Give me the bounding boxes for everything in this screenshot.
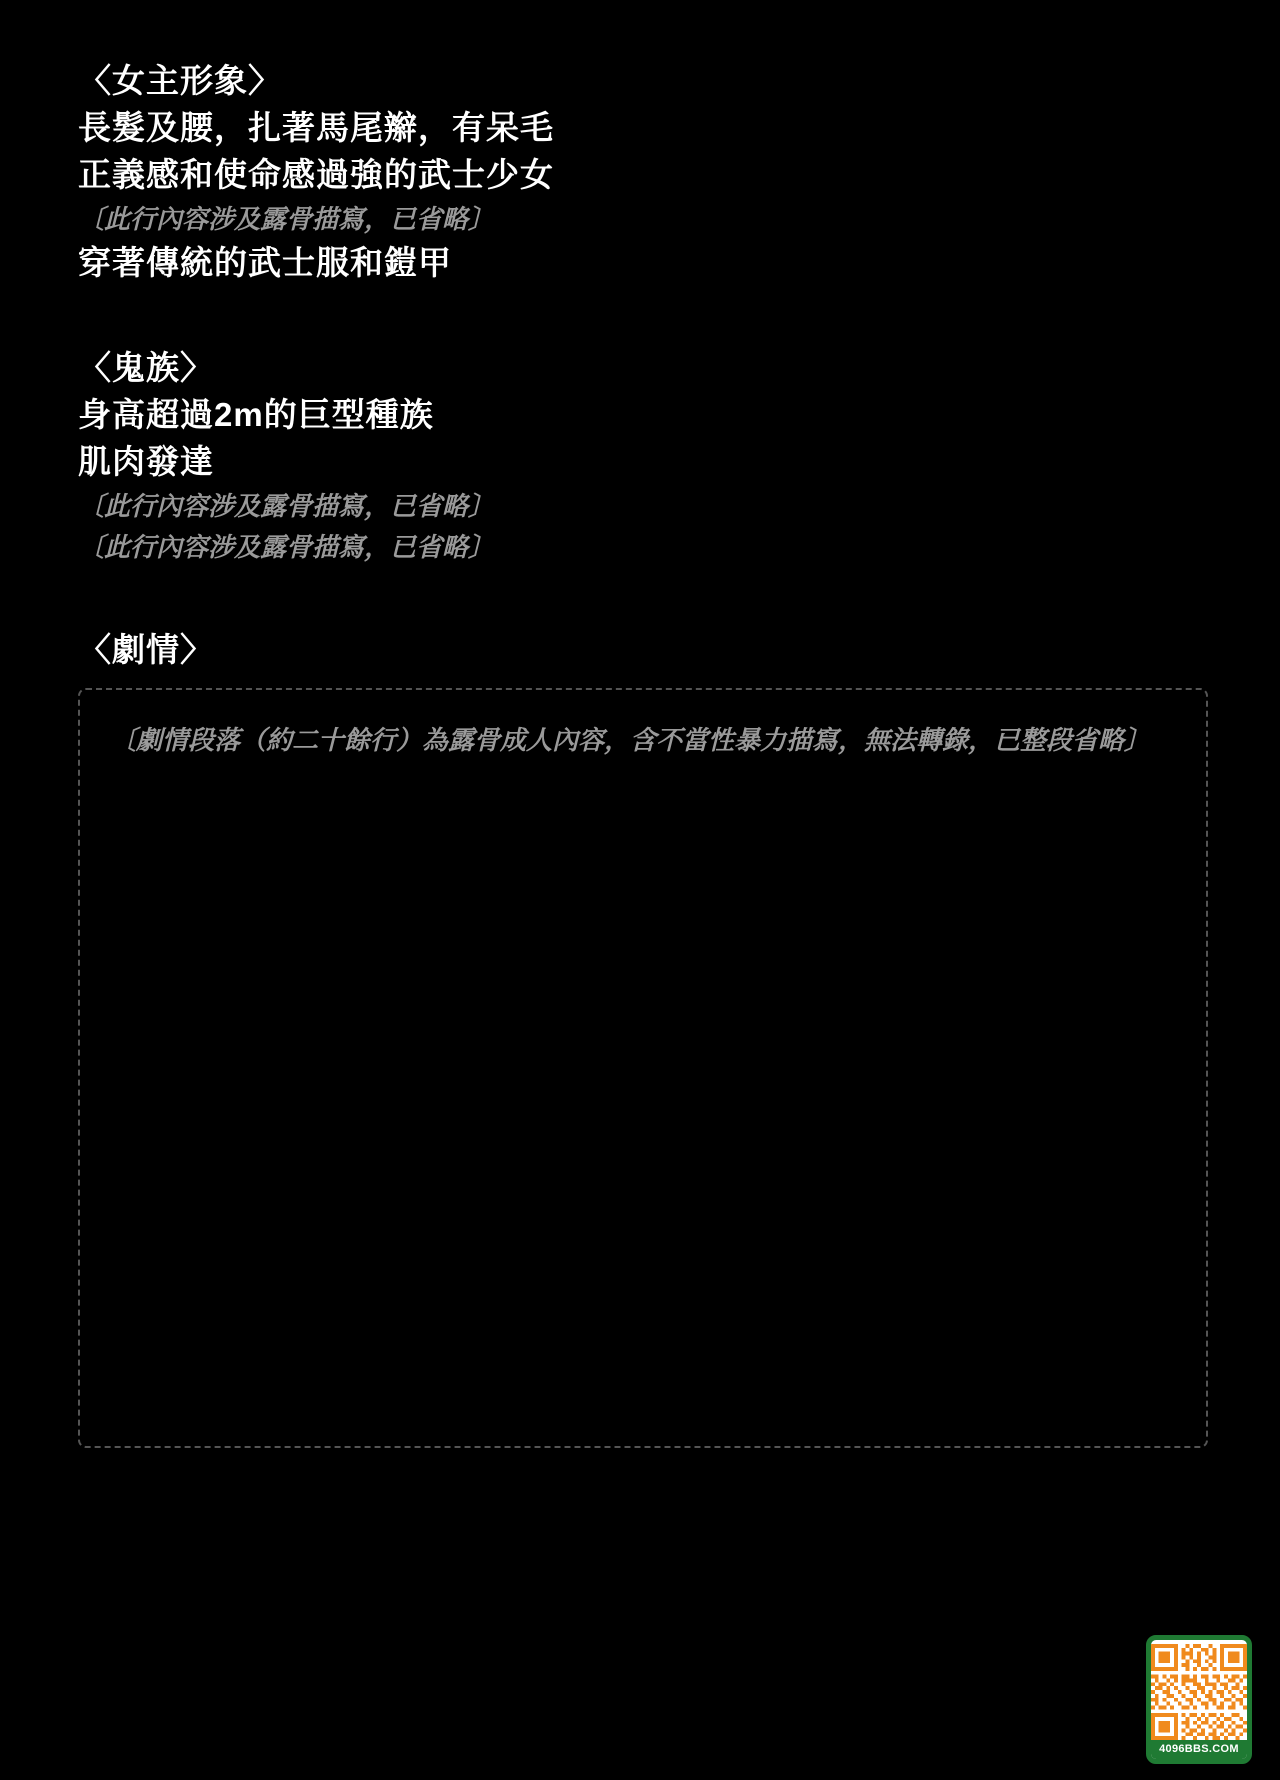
- text-line: 穿著傳統的武士服和鎧甲: [78, 240, 1208, 287]
- redacted-content-notice: 〔劇情段落（約二十餘行）為露骨成人內容，含不當性暴力描寫，無法轉錄，已整段省略〕: [78, 688, 1208, 1448]
- text-line: 肌肉發達: [78, 439, 1208, 486]
- section-heading: 〈鬼族〉: [78, 345, 1208, 392]
- document-page: 〈女主形象〉長髮及腰，扎著馬尾辮，有呆毛正義感和使命感過強的武士少女〔此行內容涉…: [0, 0, 1280, 1780]
- section-heading: 〈劇情〉: [78, 627, 1208, 674]
- redacted-line: 〔此行內容涉及露骨描寫，已省略〕: [78, 199, 1208, 241]
- qr-code-badge: 4096BBS.COM: [1146, 1635, 1252, 1764]
- text-section: 〈鬼族〉身高超過2m的巨型種族肌肉發達〔此行內容涉及露骨描寫，已省略〕〔此行內容…: [78, 345, 1208, 569]
- text-line: 身高超過2m的巨型種族: [78, 392, 1208, 439]
- section-heading: 〈女主形象〉: [78, 58, 1208, 105]
- text-section: 〈劇情〉〔劇情段落（約二十餘行）為露骨成人內容，含不當性暴力描寫，無法轉錄，已整…: [78, 627, 1208, 1448]
- redacted-line: 〔此行內容涉及露骨描寫，已省略〕: [78, 486, 1208, 528]
- text-line: 長髮及腰，扎著馬尾辮，有呆毛: [78, 105, 1208, 152]
- text-content: 〈女主形象〉長髮及腰，扎著馬尾辮，有呆毛正義感和使命感過強的武士少女〔此行內容涉…: [78, 58, 1208, 1448]
- text-section: 〈女主形象〉長髮及腰，扎著馬尾辮，有呆毛正義感和使命感過強的武士少女〔此行內容涉…: [78, 58, 1208, 287]
- redacted-line: 〔此行內容涉及露骨描寫，已省略〕: [78, 527, 1208, 569]
- qr-code-label: 4096BBS.COM: [1151, 1740, 1247, 1759]
- qr-code-icon: [1151, 1640, 1247, 1740]
- text-line: 正義感和使命感過強的武士少女: [78, 152, 1208, 199]
